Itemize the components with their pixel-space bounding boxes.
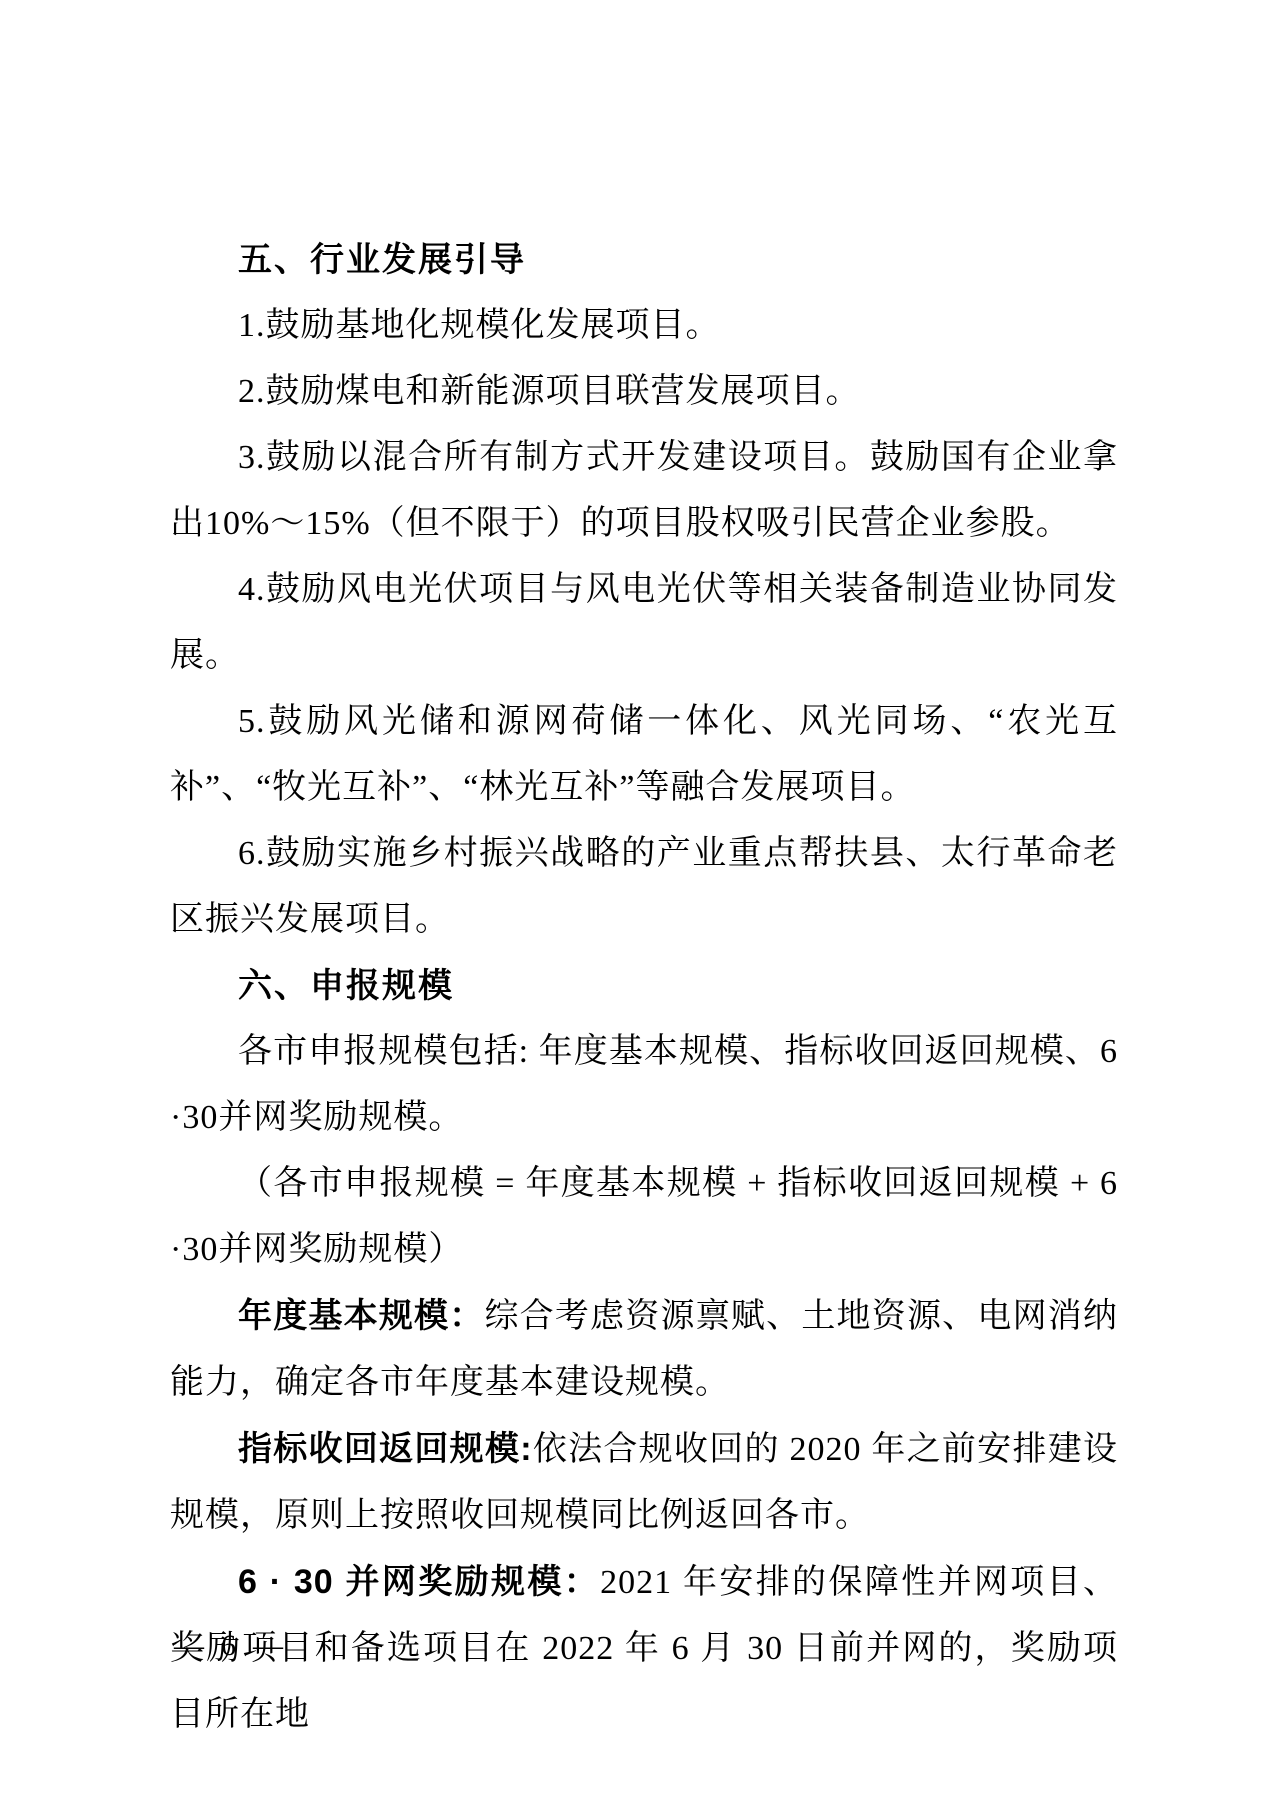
document-page: 五、行业发展引导 1.鼓励基地化规模化发展项目。 2.鼓励煤电和新能源项目联营发… bbox=[0, 0, 1273, 1800]
doc-paragraph-annual-basic-scale: 年度基本规模：综合考虑资源禀赋、土地资源、电网消纳能力，确定各市年度基本建设规模… bbox=[170, 1283, 1118, 1416]
footer-dash-left: — bbox=[174, 1628, 204, 1664]
document-body: 五、行业发展引导 1.鼓励基地化规模化发展项目。 2.鼓励煤电和新能源项目联营发… bbox=[170, 227, 1118, 1748]
doc-paragraph-indicator-return-scale: 指标收回返回规模:依法合规收回的 2020 年之前安排建设规模，原则上按照收回规… bbox=[170, 1416, 1118, 1549]
section-heading-application-scale: 六、申报规模 bbox=[170, 953, 1118, 1019]
doc-paragraph-item-1: 1.鼓励基地化规模化发展项目。 bbox=[170, 293, 1118, 359]
doc-paragraph-item-4: 4.鼓励风电光伏项目与风电光伏等相关装备制造业协同发展。 bbox=[170, 557, 1118, 689]
indicator-return-scale-lead: 指标收回返回规模: bbox=[238, 1430, 533, 1468]
doc-paragraph-grid-reward-scale: 6 · 30 并网奖励规模：2021 年安排的保障性并网项目、奖励项目和备选项目… bbox=[170, 1549, 1118, 1748]
annual-basic-scale-lead: 年度基本规模： bbox=[238, 1297, 484, 1335]
footer-dash-right: — bbox=[253, 1628, 283, 1664]
doc-paragraph-item-2: 2.鼓励煤电和新能源项目联营发展项目。 bbox=[170, 359, 1118, 425]
doc-paragraph-item-6: 6.鼓励实施乡村振兴战略的产业重点帮扶县、太行革命老区振兴发展项目。 bbox=[170, 821, 1118, 953]
doc-paragraph-item-5: 5.鼓励风光储和源网荷储一体化、风光同场、“农光互补”、“牧光互补”、“林光互补… bbox=[170, 689, 1118, 821]
grid-reward-scale-lead: 6 · 30 并网奖励规模： bbox=[238, 1563, 600, 1601]
footer-page-number: 6 bbox=[221, 1628, 236, 1664]
doc-paragraph-scale-formula: （各市申报规模 = 年度基本规模 + 指标收回返回规模 + 6 ·30并网奖励规… bbox=[170, 1151, 1118, 1283]
doc-paragraph-item-3: 3.鼓励以混合所有制方式开发建设项目。鼓励国有企业拿出10%～15%（但不限于）… bbox=[170, 425, 1118, 557]
page-footer: — 6 — bbox=[174, 1628, 283, 1664]
section-heading-industry-guidance: 五、行业发展引导 bbox=[170, 227, 1118, 293]
doc-paragraph-scale-composition: 各市申报规模包括: 年度基本规模、指标收回返回规模、6 ·30并网奖励规模。 bbox=[170, 1019, 1118, 1151]
